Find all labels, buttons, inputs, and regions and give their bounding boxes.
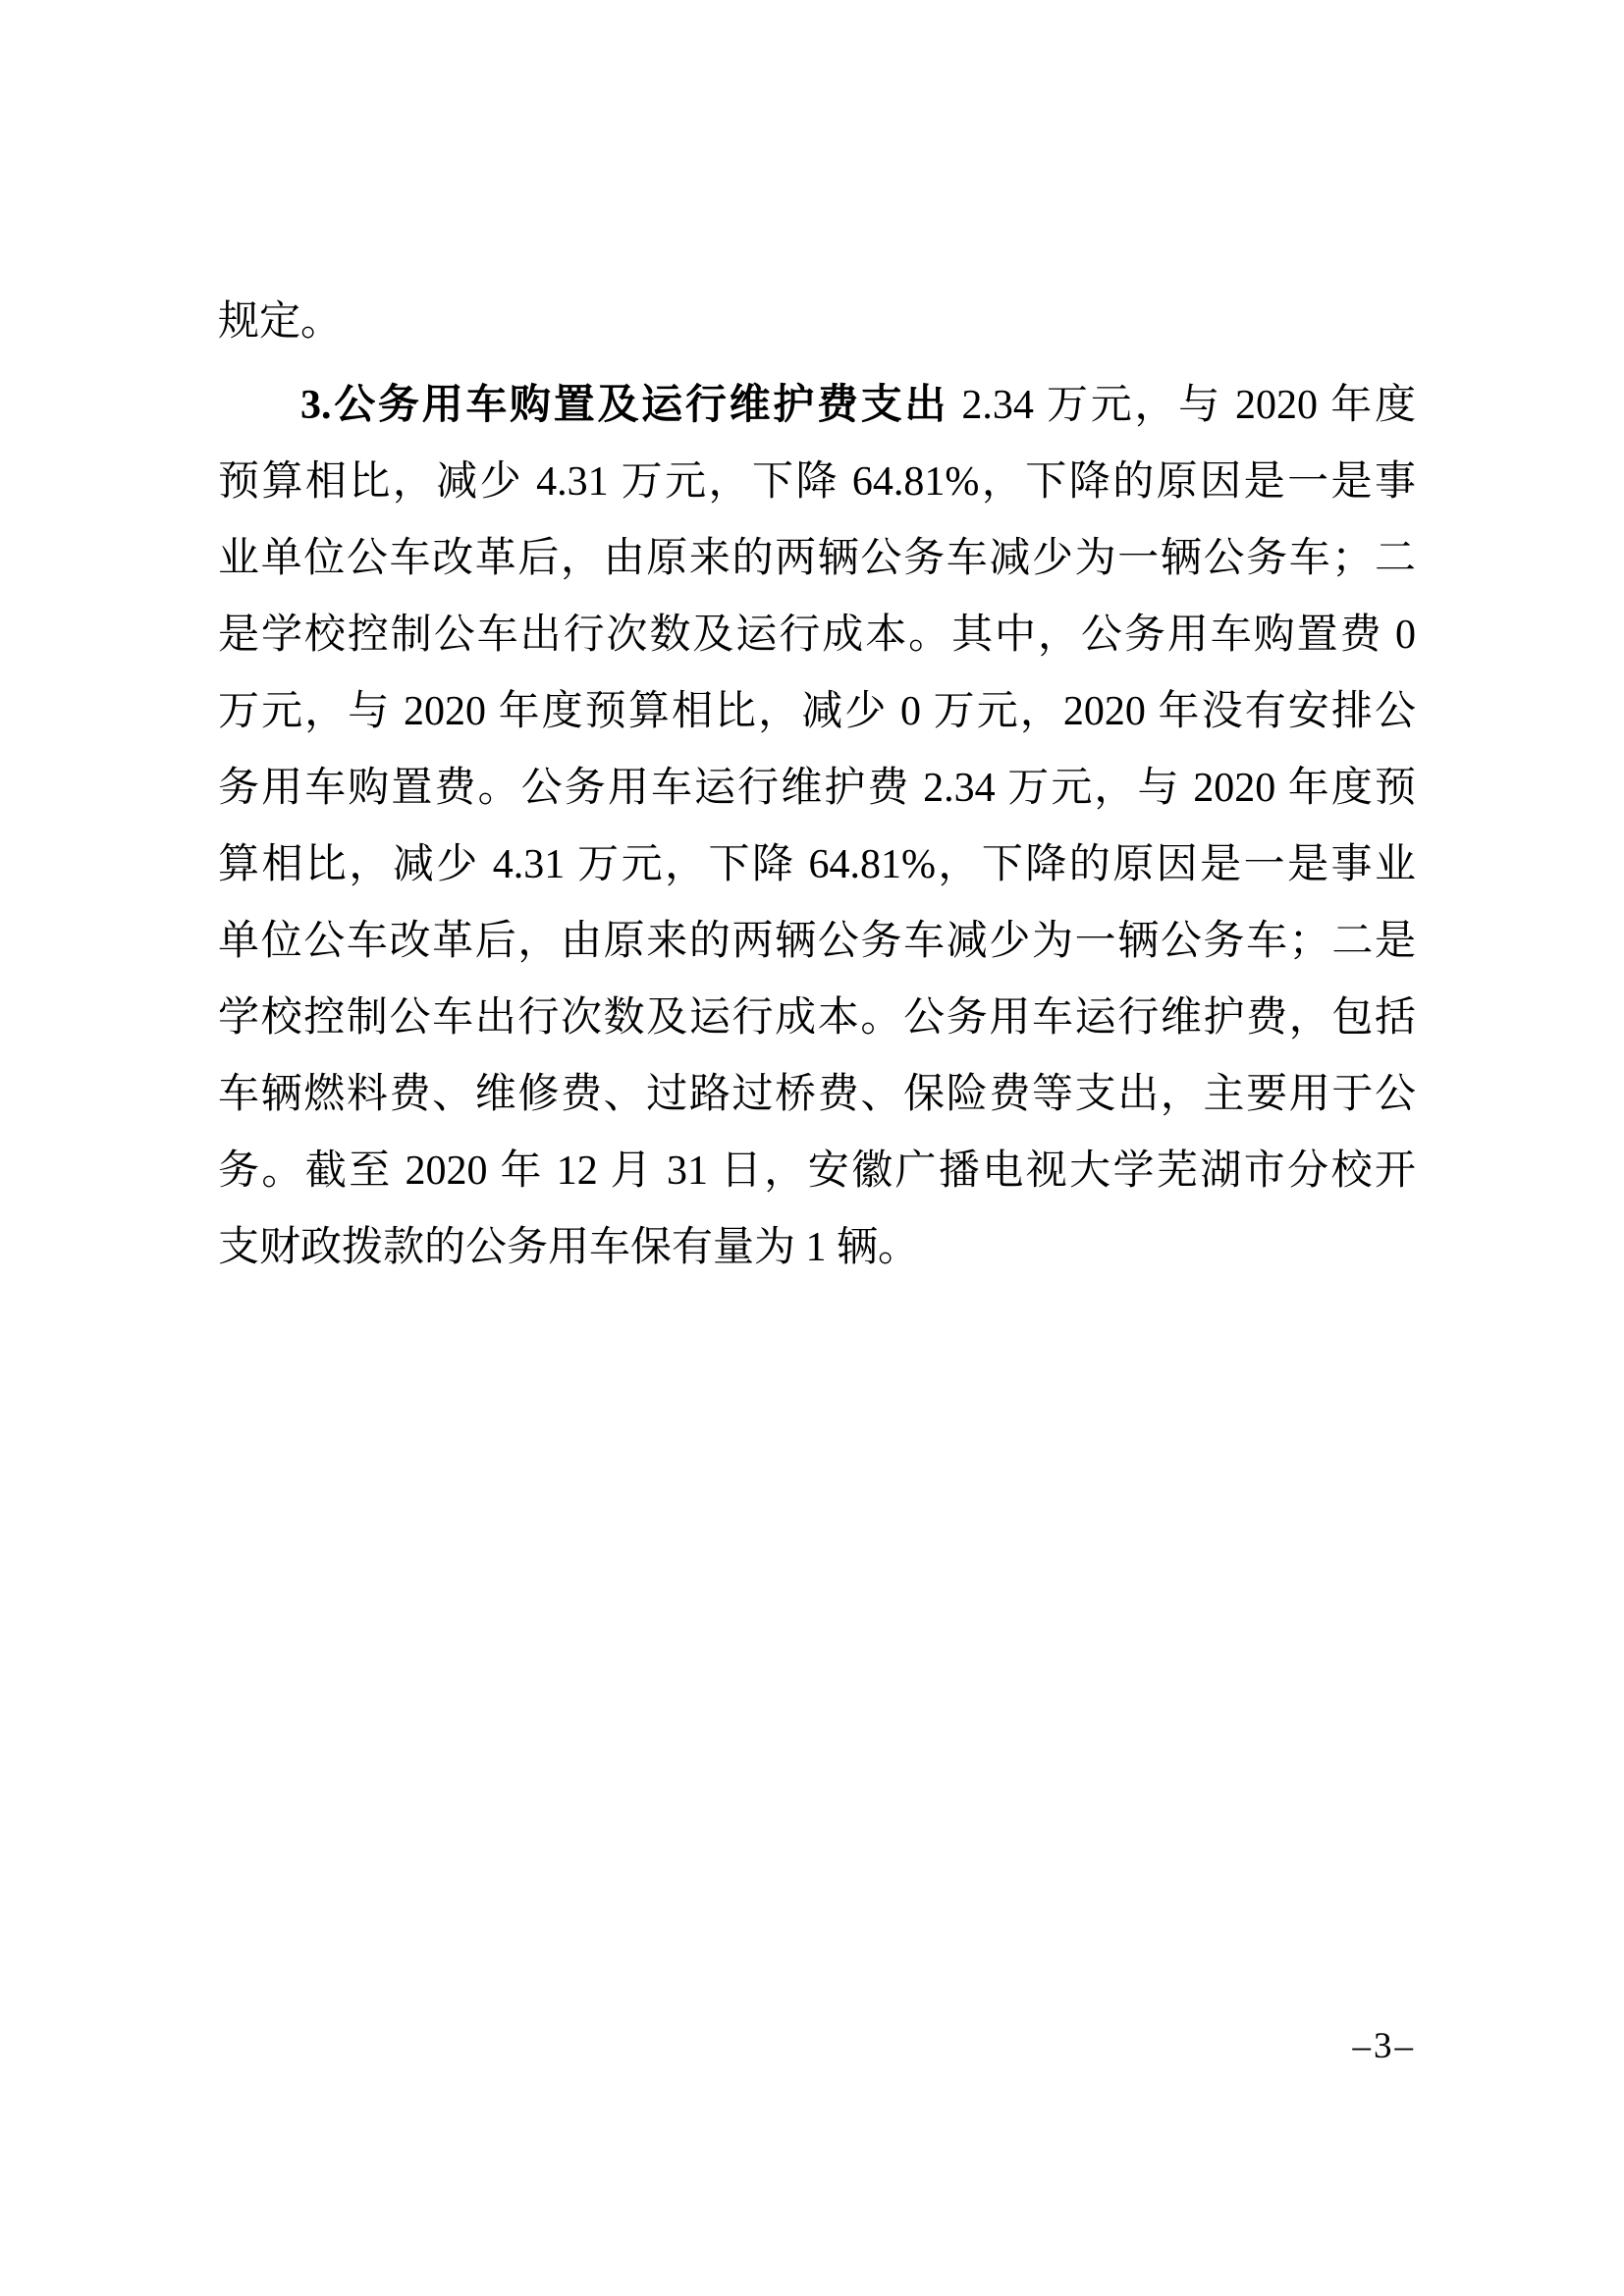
text-line: 业单位公车改革后，由原来的两辆公务车减少为一辆公务车；二 xyxy=(218,520,1416,597)
body-text: 2.34 万元，与 2020 年度 xyxy=(948,383,1416,428)
text-line: 车辆燃料费、维修费、过路过桥费、保险费等支出，主要用于公 xyxy=(218,1056,1416,1133)
body-text: 单位公车改革后，由原来的两辆公务车减少为一辆公务车；二是 xyxy=(218,919,1416,964)
text-line: 是学校控制公车出行次数及运行成本。其中，公务用车购置费 0 xyxy=(218,597,1416,673)
body-text: 算相比，减少 4.31 万元，下降 64.81%，下降的原因是一是事业 xyxy=(218,842,1416,887)
text-lines: 规定。3.公务用车购置及运行维护费支出 2.34 万元，与 2020 年度预算相… xyxy=(218,284,1416,1286)
document-page: 规定。3.公务用车购置及运行维护费支出 2.34 万元，与 2020 年度预算相… xyxy=(0,0,1624,2296)
text-line: 万元，与 2020 年度预算相比，减少 0 万元，2020 年没有安排公 xyxy=(218,673,1416,750)
text-line: 学校控制公车出行次数及运行成本。公务用车运行维护费，包括 xyxy=(218,980,1416,1056)
page-number: –3– xyxy=(1353,2024,1417,2069)
body-text: 支财政拨款的公务用车保有量为 1 辆。 xyxy=(218,1225,919,1270)
bold-heading-text: 3.公务用车购置及运行维护费支出 xyxy=(300,383,948,428)
text-line: 3.公务用车购置及运行维护费支出 2.34 万元，与 2020 年度 xyxy=(218,367,1416,444)
text-line: 支财政拨款的公务用车保有量为 1 辆。 xyxy=(218,1209,1416,1286)
body-text: 规定。 xyxy=(218,299,342,345)
text-line: 算相比，减少 4.31 万元，下降 64.81%，下降的原因是一是事业 xyxy=(218,827,1416,903)
text-line: 务。截至 2020 年 12 月 31 日，安徽广播电视大学芜湖市分校开 xyxy=(218,1133,1416,1209)
text-line: 务用车购置费。公务用车运行维护费 2.34 万元，与 2020 年度预 xyxy=(218,750,1416,827)
text-line: 单位公车改革后，由原来的两辆公务车减少为一辆公务车；二是 xyxy=(218,903,1416,980)
body-text: 务用车购置费。公务用车运行维护费 2.34 万元，与 2020 年度预 xyxy=(218,766,1416,811)
body-text: 万元，与 2020 年度预算相比，减少 0 万元，2020 年没有安排公 xyxy=(218,689,1416,734)
body-text: 车辆燃料费、维修费、过路过桥费、保险费等支出，主要用于公 xyxy=(218,1072,1416,1117)
body-text: 务。截至 2020 年 12 月 31 日，安徽广播电视大学芜湖市分校开 xyxy=(218,1148,1416,1194)
text-line: 规定。 xyxy=(218,284,1416,360)
body-text: 学校控制公车出行次数及运行成本。公务用车运行维护费，包括 xyxy=(218,995,1416,1041)
body-text: 业单位公车改革后，由原来的两辆公务车减少为一辆公务车；二 xyxy=(218,536,1416,581)
body-text: 预算相比，减少 4.31 万元，下降 64.81%，下降的原因是一是事 xyxy=(218,459,1416,505)
body-text: 是学校控制公车出行次数及运行成本。其中，公务用车购置费 0 xyxy=(218,613,1416,658)
text-line: 预算相比，减少 4.31 万元，下降 64.81%，下降的原因是一是事 xyxy=(218,444,1416,520)
